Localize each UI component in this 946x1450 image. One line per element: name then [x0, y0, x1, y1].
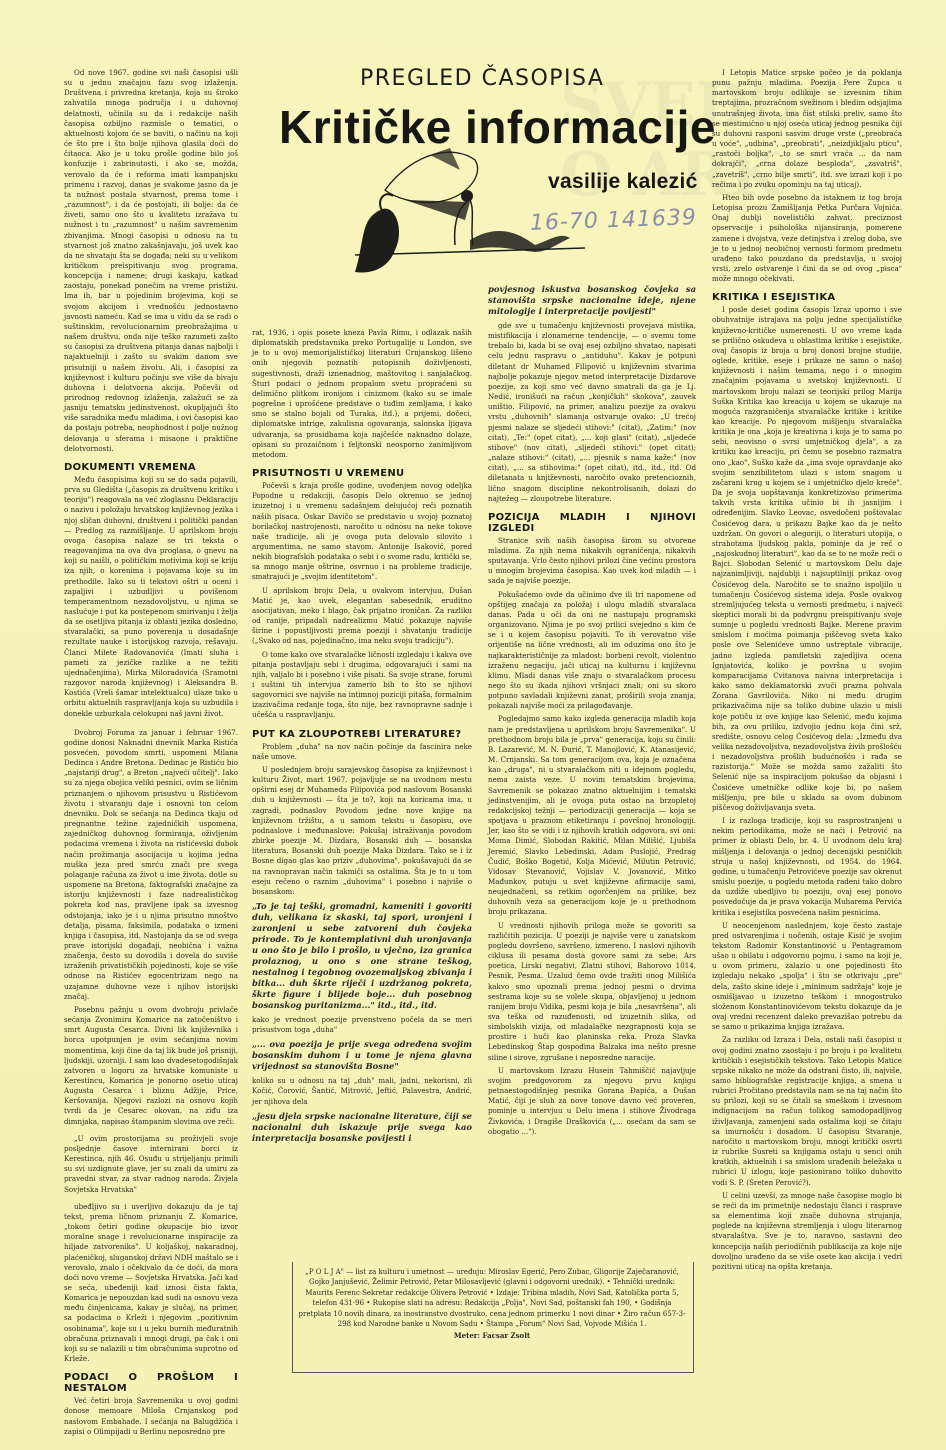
section-heading-kritika-i-esejistika: KRITIKA I ESEJISTIKA: [712, 292, 902, 303]
colophon-text: „P O L J A" — list za kulturu i umetnost…: [298, 1267, 686, 1329]
paragraph: Posebnu pažnju u ovom dvobroju privlače …: [64, 1005, 238, 1127]
paragraph: U aprilskom broju Dela, u ovakvom interv…: [252, 586, 472, 647]
paragraph: Među časopisima koji su se do sada pojav…: [64, 475, 238, 719]
paragraph: Od nove 1967. godine svi naši časopisi u…: [64, 68, 238, 454]
section-kicker: PREGLED ČASOPISA: [360, 66, 604, 91]
paragraph: U neocenjenom naslednjem, koje često zas…: [712, 921, 902, 1033]
paragraph: Pogledajmo samo kako izgleda generacija …: [488, 714, 696, 917]
section-heading-prisutnosti-u-vremenu: PRISUTNOSTI U VREMENU: [252, 468, 472, 479]
colophon-meter: Meter: Facsar Zsolt: [298, 1331, 686, 1341]
quote-paragraph: „U ovim prostorijama su proživjeli svoje…: [64, 1134, 238, 1195]
italic-quote: „... ova poezija je prije svega određena…: [252, 1039, 472, 1072]
section-heading-put-ka-zloupotrebi: PUT KA ZLOUPOTREBI LITERATURE?: [252, 729, 472, 740]
paragraph: Problem „duha" na nov način počinje da f…: [252, 742, 472, 762]
paragraph: U celini uzevši, za mnoge naše časopise …: [712, 1191, 902, 1272]
section-heading-pozicija-mladih: POZICIJA MLADIH I NJIHOVI IZGLEDI: [488, 512, 696, 534]
colophon: „P O L J A" — list za kulturu i umetnost…: [298, 1267, 686, 1342]
paragraph: O tome kako ove stvaralačke ličnosti izg…: [252, 650, 472, 721]
paragraph: I iz razloga tradicije, koji su rasprost…: [712, 816, 902, 918]
section-heading-podaci-o-proslom: PODACI O PROŠLOM I NESTALOM: [64, 1372, 238, 1394]
column-2: rat, 1936, i opis posete kneza Pavla Rim…: [252, 328, 472, 1148]
paragraph: gde sve u tumačenju književnosti proveja…: [488, 321, 696, 504]
paragraph: Pokušaćemo ovde da učinimo dve ili tri n…: [488, 590, 696, 712]
paragraph: Već četiri broja Savremenika u ovoj godi…: [64, 1396, 238, 1437]
paragraph: U martovskom Izrazu Husein Tahmiščić naj…: [488, 1066, 696, 1137]
column-4: I Letopis Matice srpske počeo je da pokl…: [712, 68, 902, 1272]
italic-quote: povjesnog iskustva bosanskog čovjeka sa …: [488, 284, 696, 317]
section-heading-dokumenti-vremena: DOKUMENTI VREMENA: [64, 462, 238, 473]
paragraph: Dvobroj Foruma za januar i februar 1967.…: [64, 728, 238, 1002]
ink-illustration: [335, 140, 595, 280]
paragraph: ubeđljivo su i uverljivo dokazuju da je …: [64, 1202, 238, 1365]
paragraph: I Letopis Matice srpske počeo je da pokl…: [712, 68, 902, 190]
paragraph: Hteo bih ovde posebno da istaknem iz tog…: [712, 193, 902, 284]
paragraph: Za razliku od Izraza i Dela, ostali naši…: [712, 1035, 902, 1187]
italic-quote: „jesu djela srpske nacionalne literature…: [252, 1111, 472, 1144]
paragraph: rat, 1936, i opis posete kneza Pavla Rim…: [252, 328, 472, 460]
paragraph: I posle deset godina časopis Izraz uporn…: [712, 305, 902, 813]
paragraph: U poslednjem broju sarajevskog časopisa …: [252, 765, 472, 897]
italic-quote: „To je taj teški, gromadni, kameniti i g…: [252, 901, 472, 1011]
paragraph: Stranice svih naših časopisa širom su ot…: [488, 536, 696, 587]
newspaper-page: SVEDOČ O ARK PREGLED ČASOPISA Kritičke i…: [0, 0, 946, 1450]
paragraph: U vrednosti njihovih priloga može se gov…: [488, 921, 696, 1063]
column-3: povjesnog iskustva bosanskog čovjeka sa …: [488, 284, 696, 1137]
paragraph: Počevši s kraja prošle godine, uvođenjem…: [252, 481, 472, 583]
paragraph: kako je vrednost poezije prvenstveno poč…: [252, 1015, 472, 1035]
column-1: Od nove 1967. godine svi naši časopisi u…: [64, 68, 238, 1437]
paragraph: koliko su u odnosu na taj „duh" mali, ja…: [252, 1076, 472, 1106]
